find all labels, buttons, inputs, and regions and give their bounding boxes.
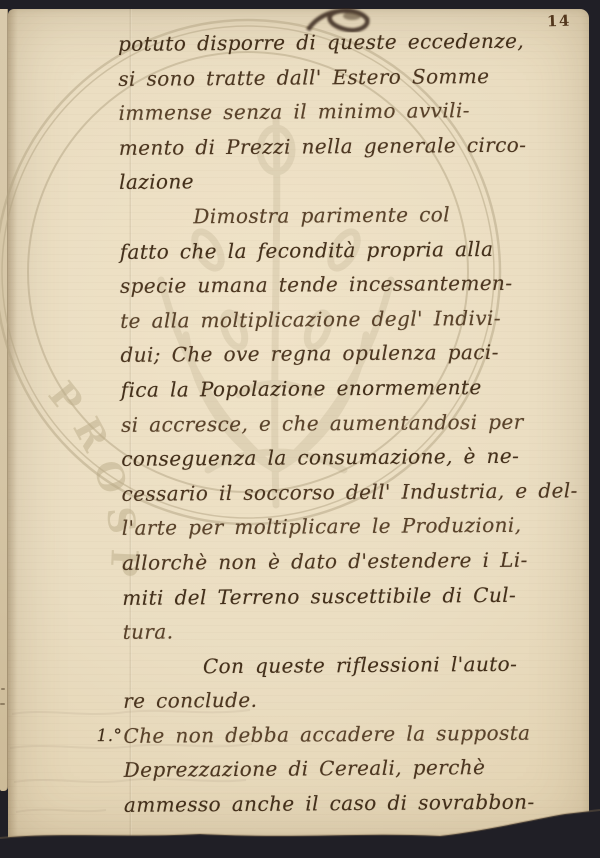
manuscript-line: mento di Prezzi nella generale circo-: [119, 127, 597, 165]
manuscript-text: potuto disporre di queste eccedenze, si …: [118, 23, 600, 822]
manuscript-line: Dimostra parimente col: [119, 196, 597, 234]
manuscript-line: l'arte per moltiplicare le Produzioni,: [122, 507, 600, 545]
manuscript-line: tura.: [123, 611, 600, 649]
adjacent-page-edge: [0, 9, 8, 791]
manuscript-line: allorchè non è dato d'estendere i Li-: [122, 542, 600, 580]
manuscript-line: specie umana tende incessantemen-: [120, 265, 598, 303]
manuscript-line: si accresce, e che aumentandosi per: [121, 404, 599, 442]
manuscript-line: si sono tratte dall' Estero Somme: [118, 58, 596, 96]
manuscript-line: potuto disporre di queste eccedenze,: [118, 23, 596, 61]
manuscript-line: immense senza il minimo avvili-: [118, 92, 596, 130]
manuscript-line: dui; Che ove regna opulenza paci-: [120, 334, 598, 372]
manuscript-line: Deprezzazione di Cereali, perchè: [124, 750, 600, 788]
manuscript-line: fica la Popolazione enormemente: [121, 369, 599, 407]
manuscript-line: cessario il soccorso dell' Industria, e …: [121, 473, 599, 511]
manuscript-line: Con queste riflessioni l'auto-: [123, 646, 600, 684]
manuscript-line: re conclude.: [123, 680, 600, 718]
page-edge-shading: [8, 9, 18, 839]
photographed-manuscript: PROSPERITA PUBLICA: [0, 0, 600, 858]
manuscript-line: 1.°Che non debba accadere la supposta: [123, 715, 600, 753]
manuscript-line-text: Che non debba accadere la supposta: [123, 721, 530, 748]
manuscript-line: lazione: [119, 162, 597, 200]
manuscript-line: miti del Terreno suscettibile di Cul-: [122, 577, 600, 615]
manuscript-line: ammesso anche il caso di sovrabbon-: [124, 784, 600, 822]
manuscript-line: conseguenza la consumazione, è ne-: [121, 438, 599, 476]
manuscript-line: fatto che la fecondità propria alla: [120, 231, 598, 269]
list-item-number: 1.°: [96, 719, 122, 754]
manuscript-line: te alla moltiplicazione degl' Indivi-: [120, 300, 598, 338]
